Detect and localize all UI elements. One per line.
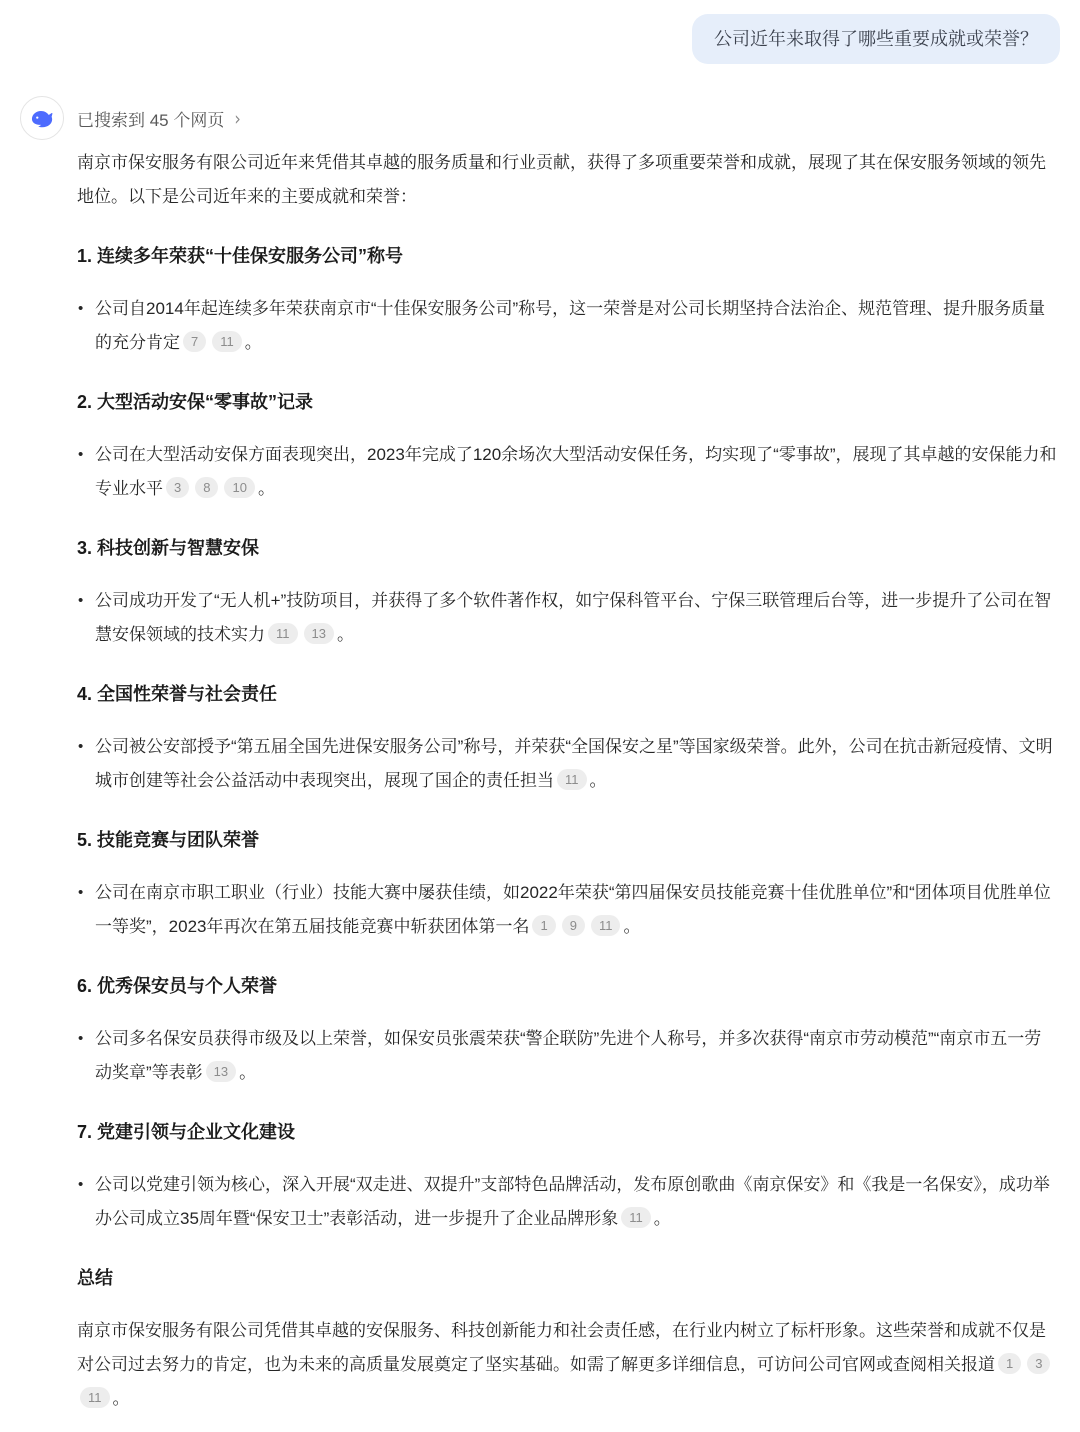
body-text: 公司多名保安员获得市级及以上荣誉，如保安员张震荣获“警企联防”先进个人称号，并多… <box>95 1029 1041 1082</box>
user-message-bubble: 公司近年来取得了哪些重要成就或荣誉？ <box>692 14 1060 64</box>
section-bullets: 公司在大型活动安保方面表现突出，2023年完成了120余场次大型活动安保任务，均… <box>77 438 1058 506</box>
section-heading: 5. 技能竞赛与团队荣誉 <box>77 828 1058 852</box>
section-heading: 2. 大型活动安保“零事故”记录 <box>77 390 1058 414</box>
citation-badge[interactable]: 3 <box>166 477 189 498</box>
assistant-content: 已搜索到 45 个网页 › 南京市保安服务有限公司近年来凭借其卓越的服务质量和行… <box>77 96 1060 1416</box>
citation-badge[interactable]: 1 <box>532 915 555 936</box>
chevron-right-icon: › <box>234 107 240 129</box>
sentence-end: 。 <box>623 917 640 936</box>
section-bullets: 公司被公安部授予“第五届全国先进保安服务公司”称号，并荣获“全国保安之星”等国家… <box>77 730 1058 798</box>
section-heading: 7. 党建引领与企业文化建设 <box>77 1120 1058 1144</box>
sentence-end: 。 <box>239 1063 256 1082</box>
section-heading: 4. 全国性荣誉与社会责任 <box>77 682 1058 706</box>
citation-badge[interactable]: 11 <box>212 331 242 352</box>
citation-badge[interactable]: 1 <box>998 1353 1021 1374</box>
citation-badge[interactable]: 11 <box>268 623 298 644</box>
intro-paragraph: 南京市保安服务有限公司近年来凭借其卓越的服务质量和行业贡献，获得了多项重要荣誉和… <box>77 146 1058 214</box>
citation-badge[interactable]: 11 <box>557 769 587 790</box>
citation-badge[interactable]: 3 <box>1027 1353 1050 1374</box>
deepseek-whale-icon <box>28 104 56 132</box>
section-bullets: 公司多名保安员获得市级及以上荣誉，如保安员张震荣获“警企联防”先进个人称号，并多… <box>77 1022 1058 1090</box>
section-bullets: 公司在南京市职工职业（行业）技能大赛中屡获佳绩，如2022年荣获“第四届保安员技… <box>77 876 1058 944</box>
body-text: 公司以党建引领为核心，深入开展“双走进、双提升”支部特色品牌活动，发布原创歌曲《… <box>95 1175 1050 1228</box>
bullet-item: 公司以党建引领为核心，深入开展“双走进、双提升”支部特色品牌活动，发布原创歌曲《… <box>77 1168 1058 1236</box>
sections-container: 1. 连续多年荣获“十佳保安服务公司”称号公司自2014年起连续多年荣获南京市“… <box>77 244 1058 1236</box>
bullet-item: 公司自2014年起连续多年荣获南京市“十佳保安服务公司”称号，这一荣誉是对公司长… <box>77 292 1058 360</box>
bullet-item: 公司在大型活动安保方面表现突出，2023年完成了120余场次大型活动安保任务，均… <box>77 438 1058 506</box>
chat-page: 公司近年来取得了哪些重要成就或荣誉？ 已搜索到 45 个网页 › 南京市保安服务… <box>0 0 1080 1432</box>
section-heading: 6. 优秀保安员与个人荣誉 <box>77 974 1058 998</box>
citation-badge[interactable]: 11 <box>80 1387 110 1408</box>
user-message-row: 公司近年来取得了哪些重要成就或荣誉？ <box>20 14 1060 64</box>
section-bullets: 公司自2014年起连续多年荣获南京市“十佳保安服务公司”称号，这一荣誉是对公司长… <box>77 292 1058 360</box>
section-heading: 3. 科技创新与智慧安保 <box>77 536 1058 560</box>
summary-paragraph: 南京市保安服务有限公司凭借其卓越的安保服务、科技创新能力和社会责任感，在行业内树… <box>77 1314 1058 1416</box>
citation-badge[interactable]: 11 <box>591 915 621 936</box>
assistant-avatar <box>20 96 64 140</box>
citation-badge[interactable]: 7 <box>183 331 206 352</box>
search-status-label: 已搜索到 45 个网页 <box>77 106 224 131</box>
sentence-end: 。 <box>258 479 275 498</box>
summary-heading: 总结 <box>77 1266 1058 1290</box>
citation-badge[interactable]: 11 <box>621 1207 651 1228</box>
bullet-item: 公司在南京市职工职业（行业）技能大赛中屡获佳绩，如2022年荣获“第四届保安员技… <box>77 876 1058 944</box>
assistant-message-row: 已搜索到 45 个网页 › 南京市保安服务有限公司近年来凭借其卓越的服务质量和行… <box>20 96 1060 1416</box>
citation-badge[interactable]: 13 <box>304 623 334 644</box>
citation-badge[interactable]: 9 <box>562 915 585 936</box>
body-text: 南京市保安服务有限公司凭借其卓越的安保服务、科技创新能力和社会责任感，在行业内树… <box>77 1321 1046 1374</box>
sentence-end: 。 <box>654 1209 671 1228</box>
search-status-row[interactable]: 已搜索到 45 个网页 › <box>77 96 1058 140</box>
sentence-end: 。 <box>337 625 354 644</box>
body-text: 公司成功开发了“无人机+”技防项目，并获得了多个软件著作权，如宁保科管平台、宁保… <box>95 591 1051 644</box>
bullet-item: 公司被公安部授予“第五届全国先进保安服务公司”称号，并荣获“全国保安之星”等国家… <box>77 730 1058 798</box>
bullet-item: 公司多名保安员获得市级及以上荣誉，如保安员张震荣获“警企联防”先进个人称号，并多… <box>77 1022 1058 1090</box>
sentence-end: 。 <box>113 1389 130 1408</box>
bullet-item: 公司成功开发了“无人机+”技防项目，并获得了多个软件著作权，如宁保科管平台、宁保… <box>77 584 1058 652</box>
citation-badge[interactable]: 10 <box>224 477 254 498</box>
citation-badge[interactable]: 8 <box>195 477 218 498</box>
section-bullets: 公司成功开发了“无人机+”技防项目，并获得了多个软件著作权，如宁保科管平台、宁保… <box>77 584 1058 652</box>
citation-badge[interactable]: 13 <box>206 1061 236 1082</box>
sentence-end: 。 <box>590 771 607 790</box>
sentence-end: 。 <box>245 333 262 352</box>
section-bullets: 公司以党建引领为核心，深入开展“双走进、双提升”支部特色品牌活动，发布原创歌曲《… <box>77 1168 1058 1236</box>
section-heading: 1. 连续多年荣获“十佳保安服务公司”称号 <box>77 244 1058 268</box>
